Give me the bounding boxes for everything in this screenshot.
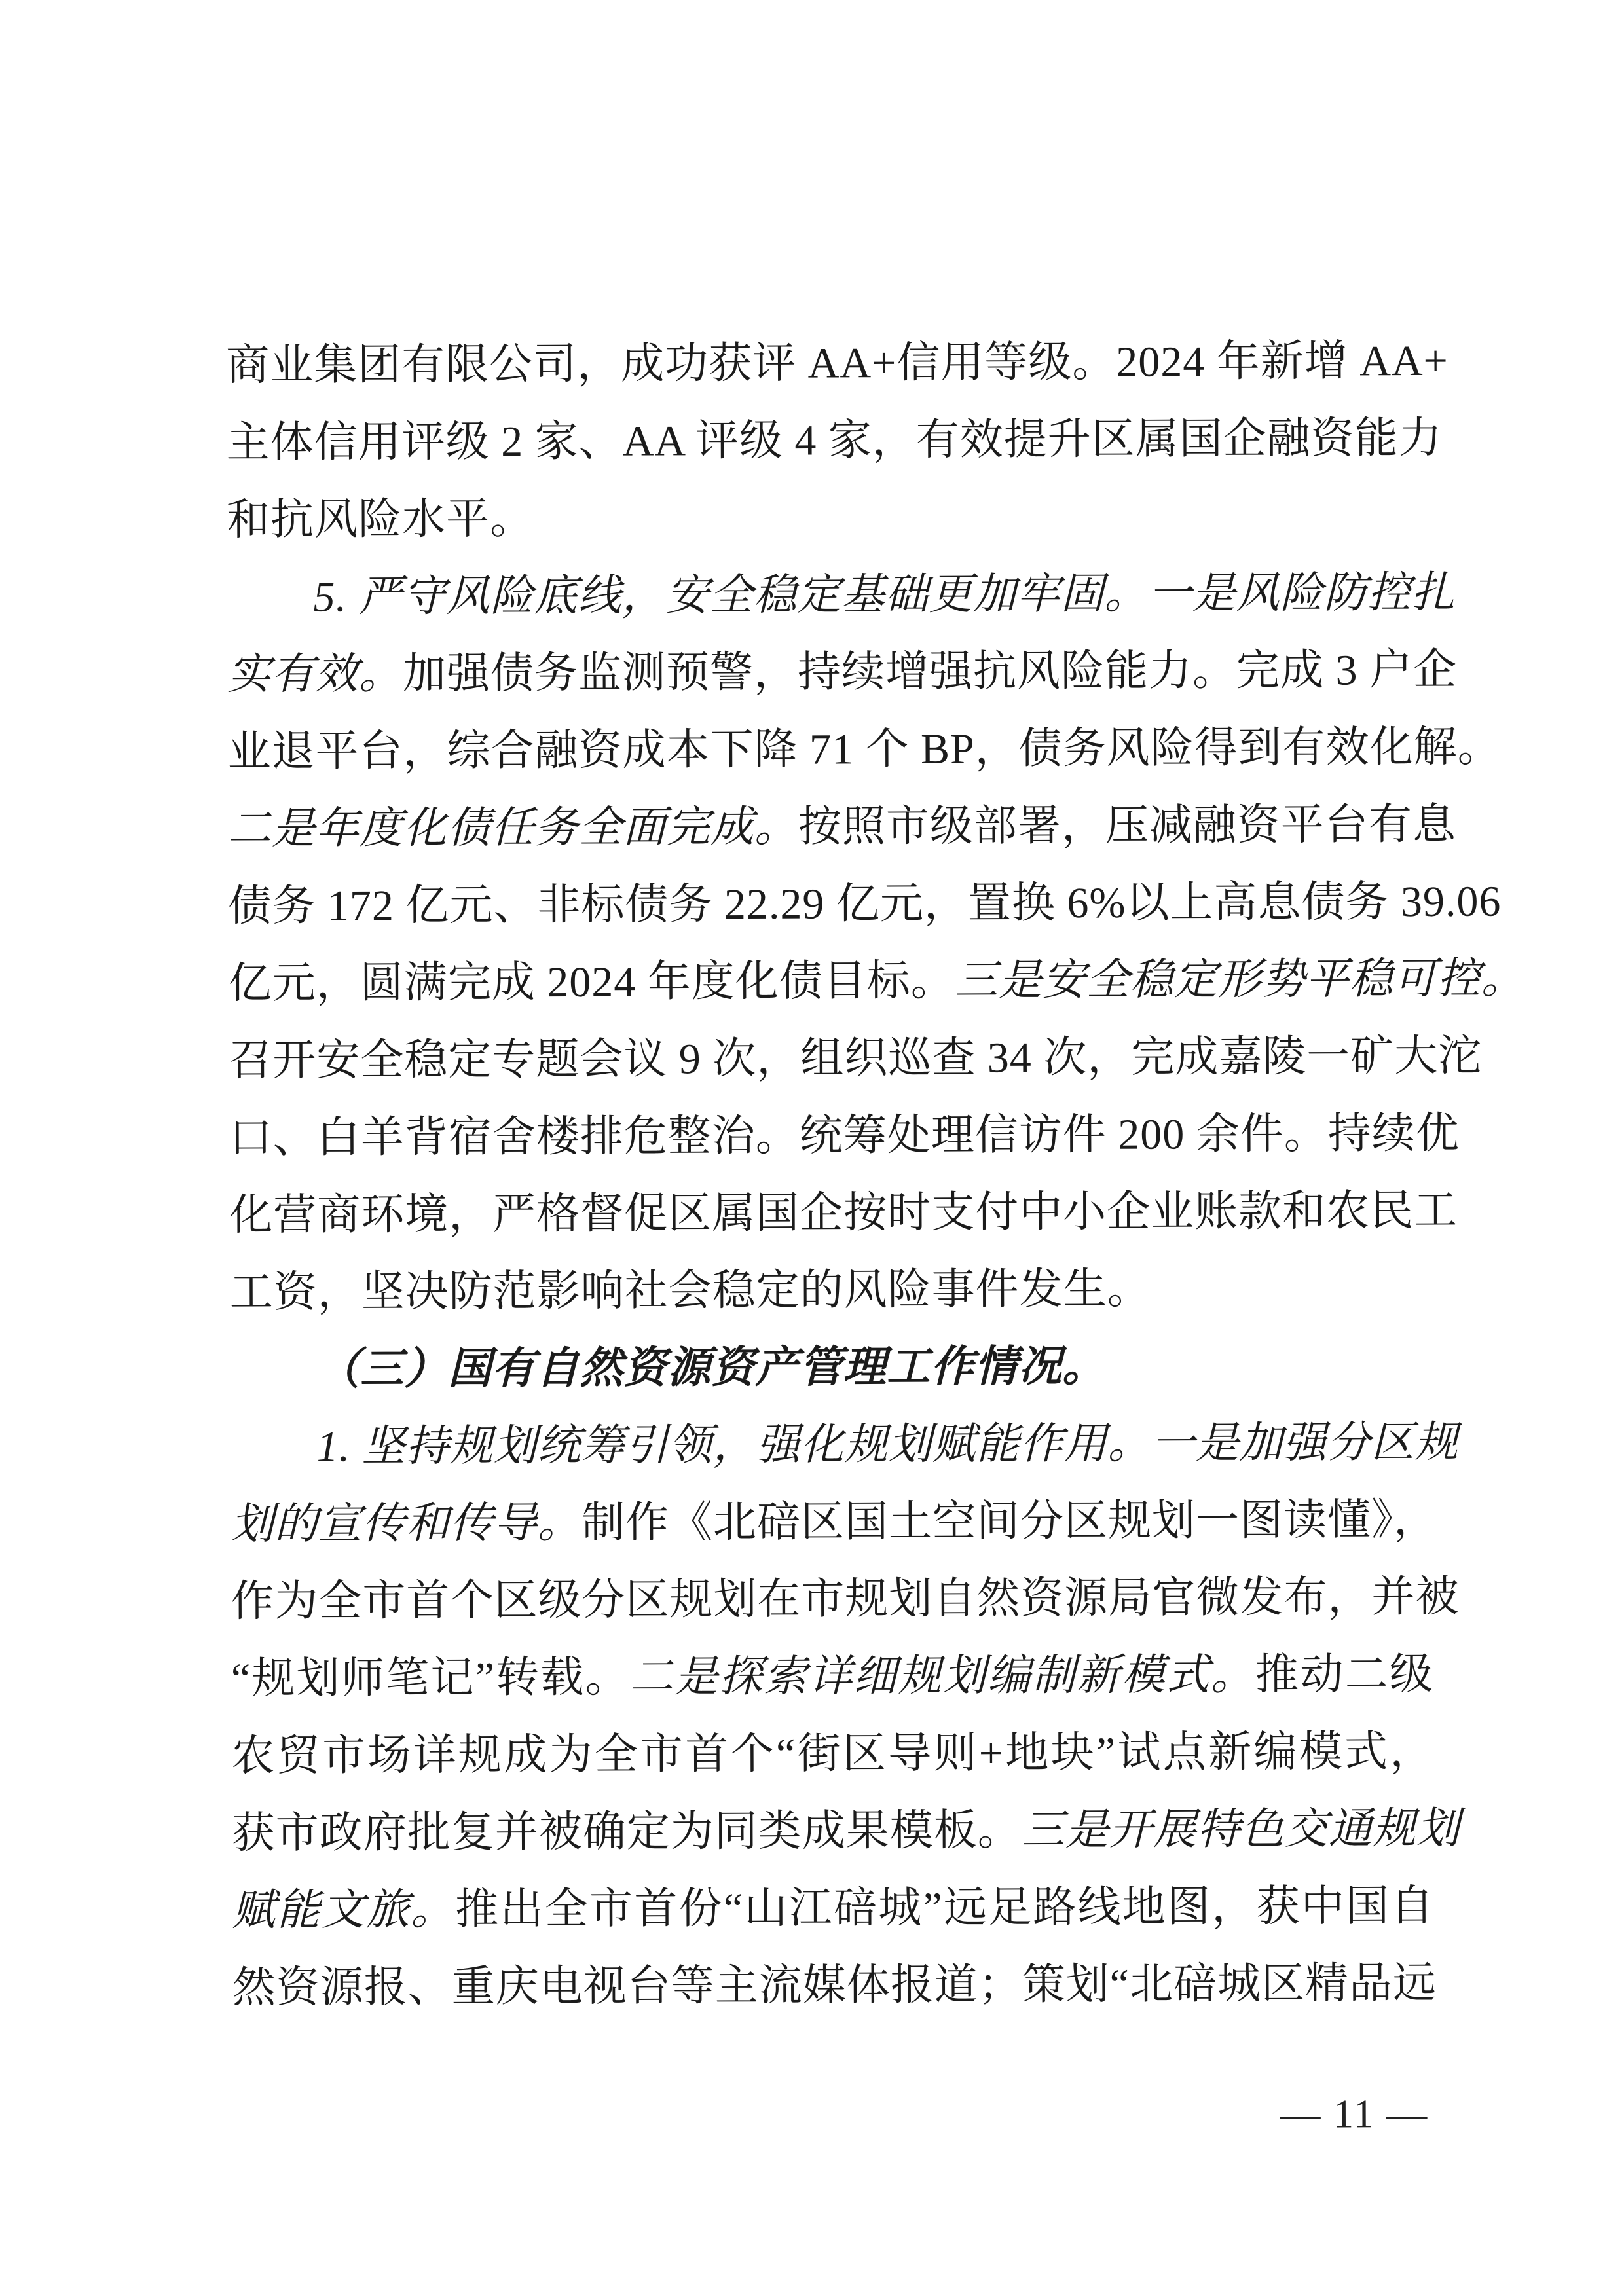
text-segment: 债务 172 亿元、非标债务 22.29 亿元，置换 6%以上高息债务 39.0… (228, 878, 1501, 930)
text-segment: 化营商环境，严格督促区属国企按时支付中小企业账款和农民工 (229, 1187, 1458, 1239)
text-segment: 工资，坚决防范影响社会稳定的风险事件发生。 (230, 1266, 1151, 1317)
text-segment: 5. 严守风险底线，安全稳定基础更加牢固。一是风险防控扎 (313, 569, 1455, 621)
text-segment: 亿元，圆满完成 2024 年度化债目标。 (229, 957, 955, 1008)
text-segment: 获市政府批复并被确定为同类成果模板。 (232, 1806, 1022, 1857)
text-line: 和抗风险水平。 (227, 477, 1429, 559)
text-line: 业退平台，综合融资成本下降 71 个 BP，债务风险得到有效化解。 (227, 709, 1430, 791)
text-segment: 然资源报、重庆电视台等主流媒体报道；策划“北碚城区精品远 (232, 1959, 1437, 2012)
text-segment: 二是探索详细规划编制新模式。 (630, 1651, 1256, 1702)
text-segment: （三）国有自然资源资产管理工作情况。 (316, 1343, 1106, 1394)
text-line: 5. 严守风险底线，安全稳定基础更加牢固。一是风险防控扎 (227, 555, 1429, 636)
text-line: 1. 坚持规划统筹引领，强化规划赋能作用。一是加强分区规 (230, 1404, 1432, 1486)
text-segment: 商业集团有限公司，成功获评 AA+信用等级。2024 年新增 AA+ (226, 337, 1449, 390)
text-line: 农贸市场详规成为全市首个“街区导则+地块”试点新编模式， (231, 1713, 1433, 1795)
text-line: 二是年度化债任务全面完成。按照市级部署，压减融资平台有息 (228, 786, 1430, 868)
text-segment: 主体信用评级 2 家、AA 评级 4 家，有效提升区属国企融资能力 (227, 414, 1443, 467)
text-segment: 和抗风险水平。 (227, 495, 534, 544)
text-segment: 农贸市场详规成为全市首个“街区导则+地块”试点新编模式， (231, 1728, 1433, 1780)
text-segment: 口、白羊背宿舍楼排危整治。统筹处理信访件 200 余件。持续优 (229, 1110, 1460, 1162)
text-segment: 三是开展特色交通规划 (1022, 1805, 1460, 1855)
text-segment: 实有效。 (227, 650, 403, 699)
text-segment: 制作《北碚区国土空间分区规划一图读懂》， (581, 1496, 1437, 1547)
text-segment: 推出全市首份“山江碚城”远足路线地图，获中国自 (455, 1882, 1434, 1934)
text-segment: 划的宣传和传导。 (231, 1499, 581, 1548)
text-segment: “规划师笔记”转载。 (231, 1654, 630, 1703)
text-segment: 推动二级 (1255, 1650, 1433, 1699)
text-line: 获市政府批复并被确定为同类成果模板。三是开展特色交通规划 (232, 1791, 1434, 1872)
text-segment: 二是年度化债任务全面完成。 (228, 803, 798, 853)
text-line: 实有效。加强债务监测预警，持续增强抗风险能力。完成 3 户企 (227, 632, 1430, 714)
text-segment: 三是安全稳定形势平稳可控。 (955, 955, 1525, 1004)
text-segment: 按照市级部署，压减融资平台有息 (798, 801, 1456, 851)
text-line: 划的宣传和传导。制作《北碚区国土空间分区规划一图读懂》， (231, 1482, 1433, 1563)
text-segment: 作为全市首个区级分区规划在市规划自然资源局官微发布，并被 (231, 1573, 1459, 1626)
text-line: 化营商环境，严格督促区属国企按时支付中小企业账款和农民工 (229, 1173, 1431, 1254)
text-line: 亿元，圆满完成 2024 年度化债目标。三是安全稳定形势平稳可控。 (229, 941, 1431, 1023)
text-line: 工资，坚决防范影响社会稳定的风险事件发生。 (229, 1250, 1431, 1332)
text-line: 赋能文旅。推出全市首份“山江碚城”远足路线地图，获中国自 (232, 1868, 1434, 1950)
text-line: 商业集团有限公司，成功获评 AA+信用等级。2024 年新增 AA+ (226, 323, 1428, 405)
text-line: （三）国有自然资源资产管理工作情况。 (230, 1327, 1432, 1409)
page-number: — 11 — (226, 2088, 1428, 2145)
text-segment: 召开安全稳定专题会议 9 次，组织巡查 34 次，完成嘉陵一矿大沱 (229, 1032, 1482, 1085)
text-line: 召开安全稳定专题会议 9 次，组织巡查 34 次，完成嘉陵一矿大沱 (229, 1018, 1431, 1100)
text-segment: 赋能文旅。 (232, 1886, 455, 1935)
document-body: 商业集团有限公司，成功获评 AA+信用等级。2024 年新增 AA+主体信用评级… (226, 323, 1435, 2027)
document-page: 商业集团有限公司，成功获评 AA+信用等级。2024 年新增 AA+主体信用评级… (0, 0, 1624, 2296)
text-line: 作为全市首个区级分区规划在市规划自然资源局官微发布，并被 (231, 1559, 1433, 1641)
text-segment: 加强债务监测预警，持续增强抗风险能力。完成 3 户企 (403, 646, 1457, 698)
text-line: 主体信用评级 2 家、AA 评级 4 家，有效提升区属国企融资能力 (226, 400, 1428, 482)
text-line: 口、白羊背宿舍楼排危整治。统筹处理信访件 200 余件。持续优 (229, 1095, 1431, 1177)
text-segment: 1. 坚持规划统筹引领，强化规划赋能作用。一是加强分区规 (316, 1419, 1458, 1471)
text-line: 然资源报、重庆电视台等主流媒体报道；策划“北碚城区精品远 (232, 1945, 1435, 2027)
text-line: 债务 172 亿元、非标债务 22.29 亿元，置换 6%以上高息债务 39.0… (228, 864, 1430, 945)
text-segment: 业退平台，综合融资成本下降 71 个 BP，债务风险得到有效化解。 (227, 723, 1502, 776)
text-line: “规划师笔记”转载。二是探索详细规划编制新模式。推动二级 (231, 1636, 1433, 1718)
